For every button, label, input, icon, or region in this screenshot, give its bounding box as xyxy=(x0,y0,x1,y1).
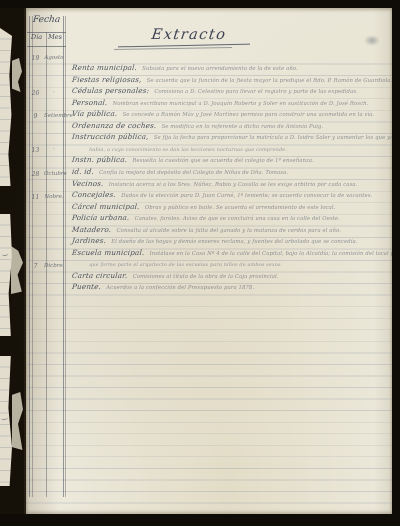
register-entry-row: Instrucción pública, Se fija la fecha pa… xyxy=(26,124,392,136)
scanned-register-page: Fecha Día Mes Extracto 19 Agosto Renta m… xyxy=(0,0,400,526)
left-page-fragment xyxy=(0,356,12,486)
register-entry-row: id. id. Confía la mejora del depósito de… xyxy=(26,159,392,171)
register-entry-row: Policía urbana. Canales, faroles. Aviso … xyxy=(26,205,392,217)
entry-month: Nobre. xyxy=(44,194,64,200)
register-entry-row: 11 Nobre. Cárcel municipal. Obras y públ… xyxy=(26,194,392,206)
entry-day: 11 xyxy=(28,194,43,201)
register-entry-row: 19 Agosto Renta municipal. Subasta para … xyxy=(26,55,392,67)
entry-month: · xyxy=(44,90,64,96)
entries: 19 Agosto Renta municipal. Subasta para … xyxy=(26,8,392,514)
register-entry-row: Concejales. Dudas de la elección para D.… xyxy=(26,182,392,194)
left-page-fragment xyxy=(0,28,12,186)
register-entry-row: Jardines. El dueño de las hoyas y demás … xyxy=(26,228,392,240)
entry-day: 19 xyxy=(28,55,43,62)
entry-heading: Puente. xyxy=(71,281,101,293)
entry-day: 26 xyxy=(28,90,43,97)
entry-month: Dicbre. xyxy=(44,263,64,269)
torn-paper-fragment xyxy=(11,246,23,294)
scan-border-top xyxy=(0,0,400,8)
register-entry-row: 7 Dicbre. Carta circular. Comisiones al … xyxy=(26,263,392,275)
register-entry-row: 26 · Personal. Nombran escribano municip… xyxy=(26,90,392,102)
scan-border-bottom xyxy=(0,514,400,526)
register-entry-row: había, a cuyo conocimiento se dan las le… xyxy=(26,136,392,148)
ink-mark xyxy=(1,416,8,421)
entry-day: 13 xyxy=(28,147,43,154)
register-entry-row: Vía pública. Se concede a Ramón Más y Jo… xyxy=(26,101,392,113)
register-entry-row: 13 · Instn. pública. Resuelta la cuestió… xyxy=(26,147,392,159)
entry-text: Acuerdos a la confección del Presupuesto… xyxy=(106,285,254,291)
entry-day: 28 xyxy=(28,171,43,178)
register-page: Fecha Día Mes Extracto 19 Agosto Renta m… xyxy=(24,8,392,514)
entry-day: 7 xyxy=(28,263,43,270)
ink-mark xyxy=(2,252,8,257)
entry-month: Setiembre xyxy=(44,113,64,119)
entry-month: Octubre xyxy=(44,171,64,177)
entry-month: Agosto xyxy=(44,55,64,61)
entry-month: · xyxy=(44,147,64,153)
left-page-fragment xyxy=(0,214,12,336)
register-entry-row: 28 Octubre Vecinos. Instancia acerca si … xyxy=(26,171,392,183)
register-entry-row: 9 Setiembre Ordenanza de coches. Se modi… xyxy=(26,113,392,125)
register-entry-row: Puente. Acuerdos a la confección del Pre… xyxy=(26,274,392,286)
torn-paper-fragment xyxy=(12,58,22,92)
register-entry-row: que forme parte el arquitecto de las esc… xyxy=(26,251,392,263)
register-entry-row: Matadero. Consulta al alcalde sobre la f… xyxy=(26,217,392,229)
register-entry-row: Escuela municipal. Instálase en la Casa … xyxy=(26,240,392,252)
register-entry-row: Fiestas religiosas, Se acuerda que la fu… xyxy=(26,67,392,79)
register-entry-row: Cédulas personales: Comisiona a D. Celes… xyxy=(26,78,392,90)
torn-paper-fragment xyxy=(12,392,23,450)
entry-day: 9 xyxy=(28,113,43,120)
